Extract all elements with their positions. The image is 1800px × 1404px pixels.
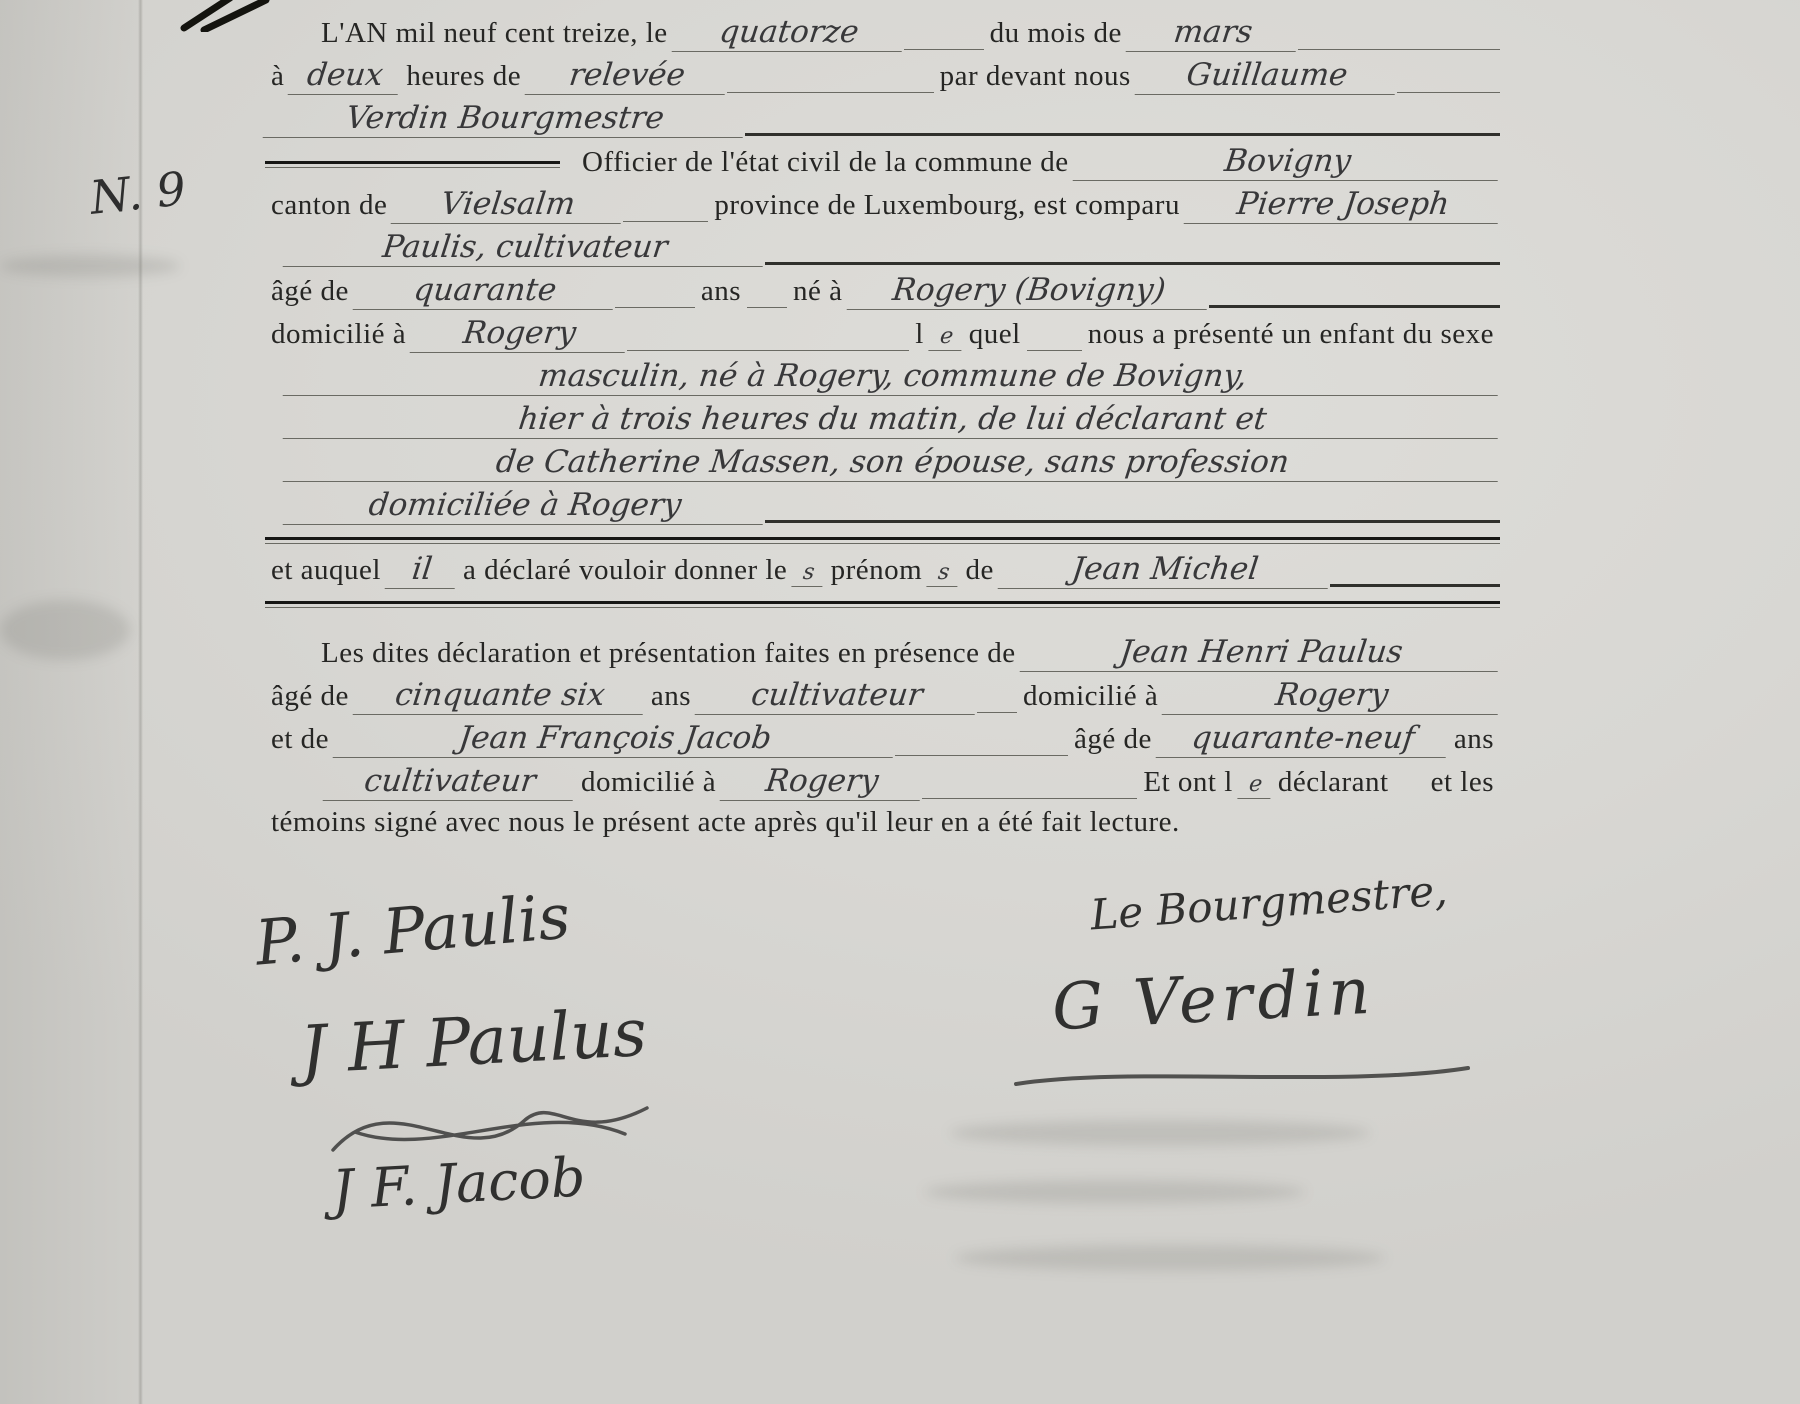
act-line-residence: domicilié à Rogery l e quel nous a prése… [265,315,1500,358]
entry-child-birthtime: hier à trois heures du matin, de lui déc… [283,401,1503,439]
entry-witness2-age: quarante-neuf [1155,720,1450,758]
blank-rule [904,48,984,50]
printed-declared-text: a déclaré vouloir donner le [457,554,793,587]
entry-mother-name: de Catherine Massen, son épouse, sans pr… [283,444,1503,482]
printed-domiciled-text: domicilié à [265,318,412,351]
heavy-rule [265,161,560,168]
entry-witness1-profession: cultivateur [695,677,980,715]
act-line-age-birthplace: âgé de quarante ans né à Rogery (Bovigny… [265,272,1500,315]
signature-witness1: J H Paulus [298,994,648,1089]
act-number: N. 9 [87,161,188,225]
entry-witness1-residence: Rogery [1162,677,1502,715]
act-line-closing: témoins signé avec nous le présent acte … [265,806,1500,849]
printed-year-text: L'AN mil neuf cent treize, le [315,17,674,50]
blank-rule [922,797,1137,799]
printed-aged-text: âgé de [265,275,355,308]
act-line-hour-officer: à deux heures de relevée par devant nous… [265,57,1500,100]
printed-aged-text: âgé de [1068,723,1158,756]
printed-at-text: à [265,60,290,93]
act-line-child-1: masculin, né à Rogery, commune de Bovign… [265,358,1500,401]
act-line-witness2: et de Jean François Jacob âgé de quarant… [265,720,1500,763]
printed-years-text: ans [645,680,697,713]
entry-officer-surname-title: Verdin Bourgmestre [263,100,748,138]
entry-child-given-names: Jean Michel [998,551,1333,589]
act-line-officer-name: Verdin Bourgmestre [265,100,1500,143]
bleed-through-smudge [0,600,130,660]
blank-rule [627,349,909,351]
entry-month: mars [1126,14,1301,52]
entry-officer-firstname: Guillaume [1134,57,1399,95]
printed-firstname-text: prénom [825,554,929,587]
printed-closing-text: témoins signé avec nous le présent acte … [265,806,1186,839]
printed-years-text: ans [695,275,747,308]
entry-declarant-age: quarante [353,272,618,310]
signature-officer-title: Le Bourgmestre, [1089,866,1449,940]
entry-declarant-firstnames: Pierre Joseph [1184,186,1503,224]
printed-and-have-text: Et ont l [1137,766,1238,799]
signature-underline-stroke [1012,1058,1472,1094]
entry-mother-residence: domiciliée à Rogery [283,487,768,525]
entry-hour-period: relevée [525,57,730,95]
printed-civil-officer-text: Officier de l'état civil de la commune d… [576,146,1075,179]
entry-witness2-name: Jean François Jacob [333,720,898,758]
blank-rule [895,754,1068,756]
blank-rule [615,306,695,308]
pen-mark-icon [178,0,274,32]
act-line-witness2-details: cultivateur domicilié à Rogery Et ont l … [265,763,1500,806]
printed-month-text: du mois de [984,17,1128,50]
act-line-child-2: hier à trois heures du matin, de lui déc… [265,401,1500,444]
entry-witness1-name: Jean Henri Paulus [1019,634,1502,672]
printed-province-text: province de Luxembourg, est comparu [708,189,1186,222]
bleed-through-smudge [925,1180,1305,1204]
printed-witnesses-text: Les dites déclaration et présentation fa… [315,637,1022,670]
closing-dash-rule [1330,584,1500,587]
entry-pronoun: il [385,551,460,589]
entry-witness2-profession: cultivateur [323,763,578,801]
birth-certificate-page: N. 9 L'AN mil neuf cent treize, le quato… [0,0,1800,1404]
bleed-through-smudge [950,1120,1370,1146]
entry-declarant-birthplace: Rogery (Bovigny) [846,272,1211,310]
blank-rule [747,306,787,308]
entry-declarant-surname-profession: Paulis, cultivateur [283,229,768,267]
printed-domiciled-text: domicilié à [575,766,722,799]
entry-declarant-residence: Rogery [410,315,630,353]
closing-dash-rule [745,133,1500,136]
printed-and-of-text: et de [265,723,335,756]
act-line-canton: canton de Vielsalm province de Luxembour… [265,186,1500,229]
act-line-mother: de Catherine Massen, son épouse, sans pr… [265,444,1500,487]
blank-rule [1027,349,1082,351]
entry-commune: Bovigny [1072,143,1502,181]
entry-gender-letter: e [928,324,964,351]
printed-declarant-text: déclarant [1272,766,1395,799]
act-line-given-names: et auquel il a déclaré vouloir donner le… [265,551,1500,594]
printed-and-the-text: et les [1425,766,1500,799]
signature-witness2: J F. Jacob [331,1145,587,1221]
blank-rule [727,91,933,93]
act-line-mother-residence: domiciliée à Rogery [265,487,1500,530]
entry-plural-mark: s [927,560,962,587]
closing-dash-rule [1209,305,1500,308]
entry-day: quatorze [671,14,906,52]
act-line-commune: Officier de l'état civil de la commune d… [265,143,1500,186]
heavy-rule [265,601,1500,608]
printed-born-at-text: né à [787,275,849,308]
printed-and-to-whom-text: et auquel [265,554,387,587]
act-body: L'AN mil neuf cent treize, le quatorze d… [265,14,1500,849]
act-line-declarant: Paulis, cultivateur [265,229,1500,272]
closing-dash-rule [765,520,1500,523]
entry-article-letter: e [1237,772,1273,799]
act-line-date: L'AN mil neuf cent treize, le quatorze d… [265,14,1500,57]
bleed-through-smudge [0,255,180,277]
bleed-through-smudge [955,1245,1385,1271]
blank-rule [977,711,1017,713]
entry-plural-mark: s [792,560,827,587]
entry-witness2-residence: Rogery [720,763,925,801]
printed-before-us-text: par devant nous [934,60,1137,93]
printed-domiciled-text: domicilié à [1017,680,1164,713]
entry-canton: Vielsalm [391,186,626,224]
blank-rule [1397,91,1500,93]
printed-of-text: de [959,554,999,587]
printed-aged-text: âgé de [265,680,355,713]
printed-hours-text: heures de [400,60,527,93]
entry-child-sex-birthplace: masculin, né à Rogery, commune de Bovign… [283,358,1503,396]
act-line-witness-intro: Les dites déclaration et présentation fa… [265,634,1500,677]
signature-officer: G Verdin [1050,955,1376,1046]
printed-years-text: ans [1448,723,1500,756]
printed-le-text: l [909,318,930,351]
act-line-witness1-details: âgé de cinquante six ans cultivateur dom… [265,677,1500,720]
closing-dash-rule [765,262,1500,265]
blank-rule [623,220,708,222]
entry-hour: deux [288,57,403,95]
printed-quel-text: quel [963,318,1027,351]
signature-declarant: P. J. Paulis [252,879,572,979]
printed-canton-text: canton de [265,189,393,222]
printed-presented-child-text: nous a présenté un enfant du sexe [1082,318,1500,351]
heavy-rule [265,537,1500,544]
blank-rule [1298,48,1500,50]
entry-witness1-age: cinquante six [353,677,648,715]
